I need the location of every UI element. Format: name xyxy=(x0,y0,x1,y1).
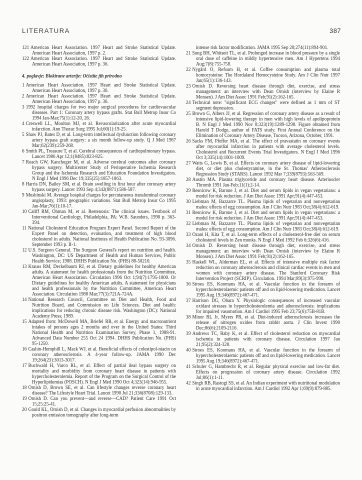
reference-text: Resnicow K, Barone J, et al. Diet and se… xyxy=(192,189,340,200)
reference-item: 35Haskell WL, Alderman EL, et al. Effect… xyxy=(186,260,340,282)
reference-item: 33Ozani H, Kita T, et al. Long-term effe… xyxy=(186,233,340,244)
reference-item: 36Stroes ES, Koomans HA, et al. Vascular… xyxy=(186,282,340,299)
reference-item: 22Nygård O, Refsum H, et al. Coffee cons… xyxy=(186,68,340,85)
page-scale-wrapper: LITERATURA 387 121American Heart Associa… xyxy=(0,0,362,480)
reference-text: Smith PL, Treasure T, et al. Cerebral co… xyxy=(26,149,176,160)
reference-item: 121American Heart Association. 1997 Hear… xyxy=(22,46,176,57)
reference-item: 31Resnicow K, Barone J, et al. Diet and … xyxy=(186,211,340,222)
right-reference-list: 21Sung BH, Whitsett TL, et al. Prolonged… xyxy=(186,51,340,392)
reference-item: 32Liebman M, Bazzarre TL. Plasma lipids … xyxy=(186,222,340,233)
reference-item: 24Technical note: "significant ECG chang… xyxy=(186,101,340,112)
reference-text: Singh RB, Rastogi SS, et al. An Indian e… xyxy=(192,381,340,392)
reference-text: Austin MA. Plasma triglyceride and coron… xyxy=(192,178,340,189)
reference-item: 30Liebman M, Bazzarre TL. Plasma lipids … xyxy=(186,200,340,211)
reference-item: 13Krauss RM, Deckelbaum RJ, et al. Dieta… xyxy=(22,265,176,298)
reference-item: 4Creswell LL, Moulton MJ, et al. Revascu… xyxy=(22,122,176,133)
literature-page: LITERATURA 387 121American Heart Associa… xyxy=(0,0,362,480)
reference-item: 42Singh RB, Rastogi SS, et al. An Indian… xyxy=(186,381,340,392)
reference-item: 28Austin MA. Plasma triglyceride and cor… xyxy=(186,178,340,189)
reference-item: 25Brown G, Albers JJ, et al. Regression … xyxy=(186,112,340,140)
reference-text: Ornish D. Reversing heart disease throug… xyxy=(192,84,340,100)
reference-text: Sacks FM, Pfeffer MA, et al. The effect … xyxy=(192,139,340,161)
reference-text: Sung BH, Whitsett TL, et al. Prolonged i… xyxy=(192,51,340,67)
reference-item: 41Schuler G, Hambrecht R, et al. Regular… xyxy=(186,365,340,382)
reference-text: Stroes ES, Koomans HA, et al. Vascular f… xyxy=(192,348,340,364)
reference-item: 1American Heart Association. 1997 Heart … xyxy=(22,83,176,94)
reference-text: Andrews TC, Raby K, et al. Effect of cho… xyxy=(192,332,340,348)
reference-text: Harrison DG, Ohara Y. Physiologic conseq… xyxy=(192,299,340,315)
reference-text: Ornish D. Reversing heart disease throug… xyxy=(192,244,340,260)
reference-text: American Heart Association. 1997 Heart a… xyxy=(31,46,176,57)
reference-item: 7Roach GW, Kanchuger M, et al. Adverse c… xyxy=(22,160,176,182)
reference-text: Haskell WL, Alderman EL, et al. Effects … xyxy=(192,260,340,282)
reference-text: Ozani H, Kita T, et al. Long-term effect… xyxy=(192,233,340,244)
reference-item: 21Sung BH, Whitsett TL, et al. Prolonged… xyxy=(186,51,340,68)
reference-item: 9Mushinski M. Average hospital charges f… xyxy=(22,193,176,210)
reference-text: Adapted from: McDowell MA, Briefel RR, e… xyxy=(28,320,176,347)
reference-item: 34Ornish D. Reversing heart disease thro… xyxy=(186,244,340,261)
reference-text: Liebman M, Bazzarre TL. Plasma lipids of… xyxy=(192,222,340,233)
reference-item: 15Adapted from: McDowell MA, Briefel RR,… xyxy=(22,320,176,348)
reference-item: 18Ornish D, Brown SE, et al. Can lifesty… xyxy=(22,386,176,397)
reference-item: 27Watts G, Lewis B, et al. Effects on co… xyxy=(186,161,340,178)
reference-text: 1992 hospital charges for two major surg… xyxy=(26,105,176,121)
reference-text: American Heart Association. 1997 Heart a… xyxy=(26,83,176,94)
reference-text: Ornish D. Can you prevent—and reverse—CA… xyxy=(28,397,176,408)
reference-text: Liebman M, Bazzarre TL. Plasma lipids of… xyxy=(192,200,340,211)
reference-item: 17Buchwald H, Varco RL, et al. Effect of… xyxy=(22,364,176,386)
page-title: LITERATURA xyxy=(22,27,70,35)
reference-text: Technical note: "significant ECG changes… xyxy=(192,101,340,112)
reference-item: 19Ornish D. Can you prevent—and reverse—… xyxy=(22,397,176,408)
reference-text: Buchwald H, Varco RL, et al. Effect of p… xyxy=(28,364,176,386)
reference-text: Schuler G, Hambrecht R, et al. Regular p… xyxy=(192,365,340,381)
reference-text: National Cholesterol Education Program E… xyxy=(28,226,176,248)
reference-item: 39Andrews TC, Raby K, et al. Effect of c… xyxy=(186,332,340,349)
reference-item: 10Califf RM, Ohman M, et al. Restenosis:… xyxy=(22,210,176,227)
reference-text: Ornish D, Brown SE, et al. Can lifestyle… xyxy=(28,386,176,397)
reference-item: 23Ornish D. Reversing heart disease thro… xyxy=(186,84,340,101)
reference-item: 6Smith PL, Treasure T, et al. Cerebral c… xyxy=(22,149,176,160)
reference-item: 20Gould KL, Ornish D, et al. Changes in … xyxy=(22,408,176,419)
reference-text: Mushinski M. Average hospital charges fo… xyxy=(26,193,176,209)
reference-text: Nygård O, Refsum H, et al. Coffee consum… xyxy=(192,68,340,84)
reference-text: Krauss RM, Deckelbaum RJ, et al. Dietary… xyxy=(28,265,176,298)
reference-text: Brown G, Albers JJ, et al. Regression of… xyxy=(192,112,340,139)
reference-item: 40Stroes ES, Koomans HA, et al. Vascular… xyxy=(186,348,340,365)
reference-text: Califf RM, Ohman M, et al. Restenosis: T… xyxy=(28,210,176,226)
reference-item: 8Harris DN, Bailey SM, et al. Brain swel… xyxy=(22,182,176,193)
reference-item: 2American Heart Association. 1997 Heart … xyxy=(22,94,176,105)
page-header: LITERATURA 387 xyxy=(22,27,341,35)
reference-text: U.S. Surgeon General. The Surgeon Genera… xyxy=(28,248,176,264)
reference-item: 16Cashin-Hemphill L, Mack WJ, et al. Ben… xyxy=(22,347,176,364)
reference-columns: 121American Heart Association. 1997 Hear… xyxy=(22,46,341,419)
reference-item: 11National Cholesterol Education Program… xyxy=(22,226,176,248)
reference-text: Roach GW, Kanchuger M, et al. Adverse ce… xyxy=(26,160,176,182)
reference-number: 122 xyxy=(22,57,31,62)
reference-item: 12U.S. Surgeon General. The Surgeon Gene… xyxy=(22,248,176,265)
reference-text: Harris DN, Bailey SM, et al. Brain swell… xyxy=(26,182,176,193)
reference-item: 26Sacks FM, Pfeffer MA, et al. The effec… xyxy=(186,139,340,161)
right-column: intense risk factor modification. JAMA 1… xyxy=(186,46,340,419)
left-reference-list: 1American Heart Association. 1997 Heart … xyxy=(22,83,176,419)
reference-item: 122American Heart Association. 1997 Hear… xyxy=(22,57,176,68)
reference-text: American Heart Association. 1997 Heart a… xyxy=(26,94,176,105)
reference-text: Resnicow K, Barone J, et al. Diet and se… xyxy=(192,211,340,222)
reference-text: Creswell LL, Moulton MJ, et al. Revascul… xyxy=(26,122,176,133)
reference-item: 31992 hospital charges for two major sur… xyxy=(22,105,176,122)
reference-number: 121 xyxy=(22,46,31,51)
reference-text: Shaw PJ, Bates D, et al. Long-term intel… xyxy=(26,133,176,149)
reference-item: 29Resnicow K, Barone J, et al. Diet and … xyxy=(186,189,340,200)
reference-text: Watts G, Lewis B, et al. Effects on coro… xyxy=(192,161,340,177)
left-column: 121American Heart Association. 1997 Hear… xyxy=(22,46,176,419)
page-number: 387 xyxy=(330,27,341,35)
reference-text: Minor RL Jr, Myers PR, et al. Diet-induc… xyxy=(192,315,340,331)
carryover-reference-list: 121American Heart Association. 1997 Hear… xyxy=(22,46,176,68)
reference-text: Gould KL, Ornish D, et al. Changes in my… xyxy=(28,408,176,419)
reference-item: 37Harrison DG, Ohara Y. Physiologic cons… xyxy=(186,299,340,316)
reference-text: American Heart Association. 1997 Heart a… xyxy=(31,57,176,68)
reference-item: 38Minor RL Jr, Myers PR, et al. Diet-ind… xyxy=(186,315,340,332)
reference-text: Cashin-Hemphill L, Mack WJ, et al. Benef… xyxy=(28,347,176,363)
reference-text: Stroes ES, Koomans HA, et al. Vascular f… xyxy=(192,282,340,298)
reference-item: 5Shaw PJ, Bates D, et al. Long-term inte… xyxy=(22,133,176,150)
chapter-section-heading: 4. poglavje: Blokirane arterije: Očistit… xyxy=(22,74,176,80)
reference-item: 14National Research Council, Committee o… xyxy=(22,298,176,320)
reference-text: National Research Council, Committee on … xyxy=(28,298,176,320)
